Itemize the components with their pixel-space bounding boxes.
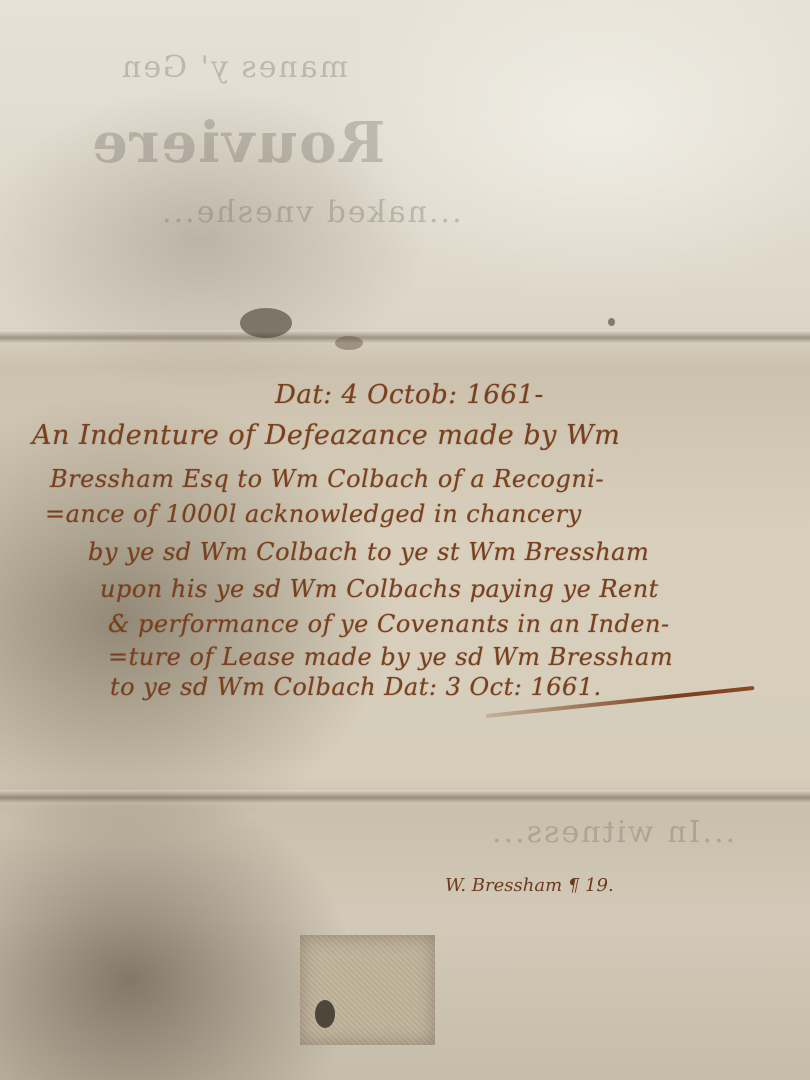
show-through-text: ...naked vneshe... (160, 195, 462, 230)
show-through-text: Rouviere (90, 110, 385, 176)
endorsement-line: =ture of Lease made by ye sd Wm Bressham (108, 643, 673, 671)
endorsement-line: Bressham Esq to Wm Colbach of a Recogni- (50, 465, 604, 493)
paper-seal-patch (300, 935, 435, 1045)
endorsement-line: & performance of ye Covenants in an Inde… (108, 610, 670, 638)
ink-spot (608, 318, 615, 326)
signature: W. Bressham ¶ 19. (445, 875, 614, 896)
show-through-text: ...In witness... (490, 815, 735, 850)
endorsement-line: upon his ye sd Wm Colbachs paying ye Ren… (100, 575, 659, 603)
fold-crease-lower (0, 790, 810, 804)
fold-crease-upper (0, 330, 810, 344)
endorsement-date-heading: Dat: 4 Octob: 1661- (275, 380, 544, 410)
document-photograph: manes y' Gen Rouviere ...naked vneshe...… (0, 0, 810, 1080)
endorsement-line: by ye sd Wm Colbach to ye st Wm Bressham (88, 538, 649, 566)
ink-stain (240, 308, 292, 338)
seal-tag (315, 1000, 335, 1028)
endorsement-line: An Indenture of Defeazance made by Wm (32, 420, 620, 451)
show-through-text: manes y' Gen (120, 50, 348, 85)
endorsement-line: to ye sd Wm Colbach Dat: 3 Oct: 1661. (110, 673, 602, 701)
ink-stain (335, 336, 363, 350)
endorsement-line: =ance of 1000l acknowledged in chancery (45, 500, 582, 528)
